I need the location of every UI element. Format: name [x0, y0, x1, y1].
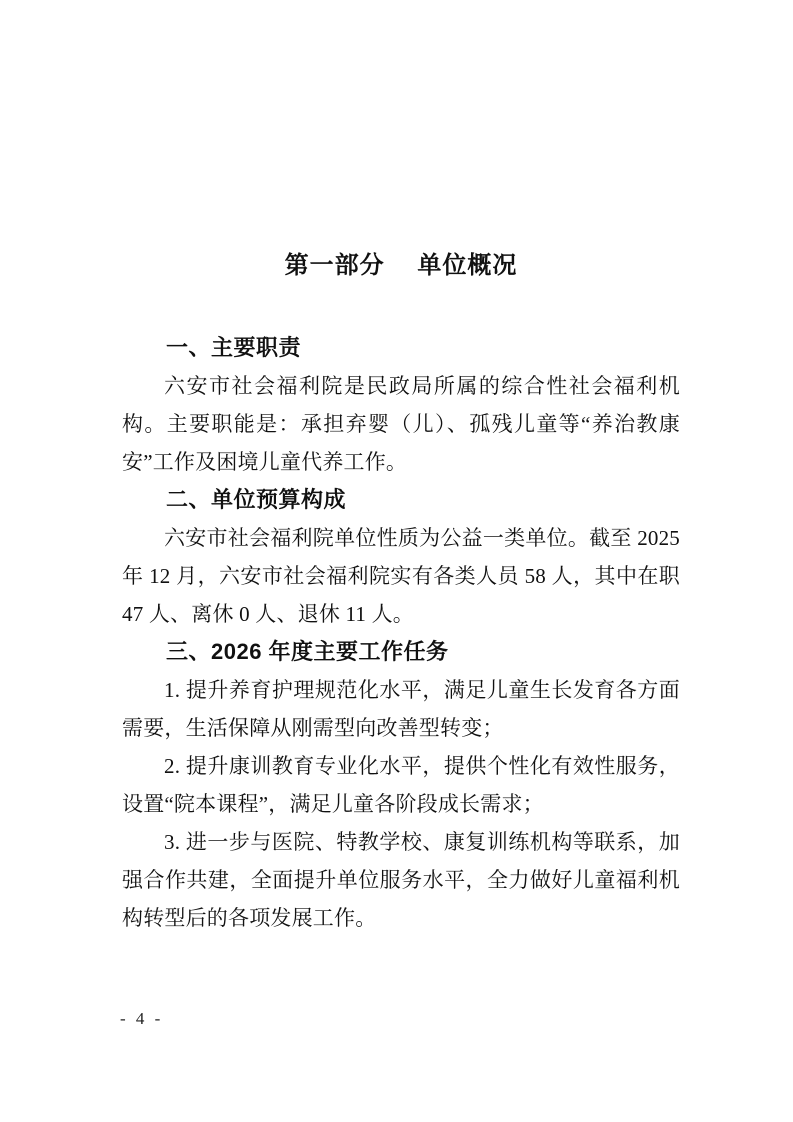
paragraph-task-1: 1. 提升养育护理规范化水平，满足儿童生长发育各方面需要，生活保障从刚需型向改善…: [122, 671, 680, 747]
document-page: 第一部分 单位概况 一、主要职责 六安市社会福利院是民政局所属的综合性社会福利机…: [0, 0, 793, 1122]
section-budget-composition: 二、单位预算构成 六安市社会福利院单位性质为公益一类单位。截至 2025 年 1…: [122, 481, 680, 633]
section-heading-2026-work-tasks: 三、2026 年度主要工作任务: [122, 633, 680, 671]
paragraph: 六安市社会福利院是民政局所属的综合性社会福利机构。主要职能是：承担弃婴（儿）、孤…: [122, 367, 680, 481]
section-heading-main-duties: 一、主要职责: [122, 329, 680, 367]
section-2026-work-tasks: 三、2026 年度主要工作任务 1. 提升养育护理规范化水平，满足儿童生长发育各…: [122, 633, 680, 937]
section-main-duties: 一、主要职责 六安市社会福利院是民政局所属的综合性社会福利机构。主要职能是：承担…: [122, 329, 680, 481]
page-title: 第一部分 单位概况: [122, 249, 680, 283]
section-heading-budget-composition: 二、单位预算构成: [122, 481, 680, 519]
page-number: - 4 -: [120, 1008, 163, 1030]
paragraph-task-3: 3. 进一步与医院、特教学校、康复训练机构等联系，加强合作共建，全面提升单位服务…: [122, 823, 680, 937]
paragraph: 六安市社会福利院单位性质为公益一类单位。截至 2025 年 12 月，六安市社会…: [122, 519, 680, 633]
paragraph-task-2: 2. 提升康训教育专业化水平，提供个性化有效性服务，设置“院本课程”，满足儿童各…: [122, 747, 680, 823]
document-content: 第一部分 单位概况 一、主要职责 六安市社会福利院是民政局所属的综合性社会福利机…: [122, 0, 680, 937]
